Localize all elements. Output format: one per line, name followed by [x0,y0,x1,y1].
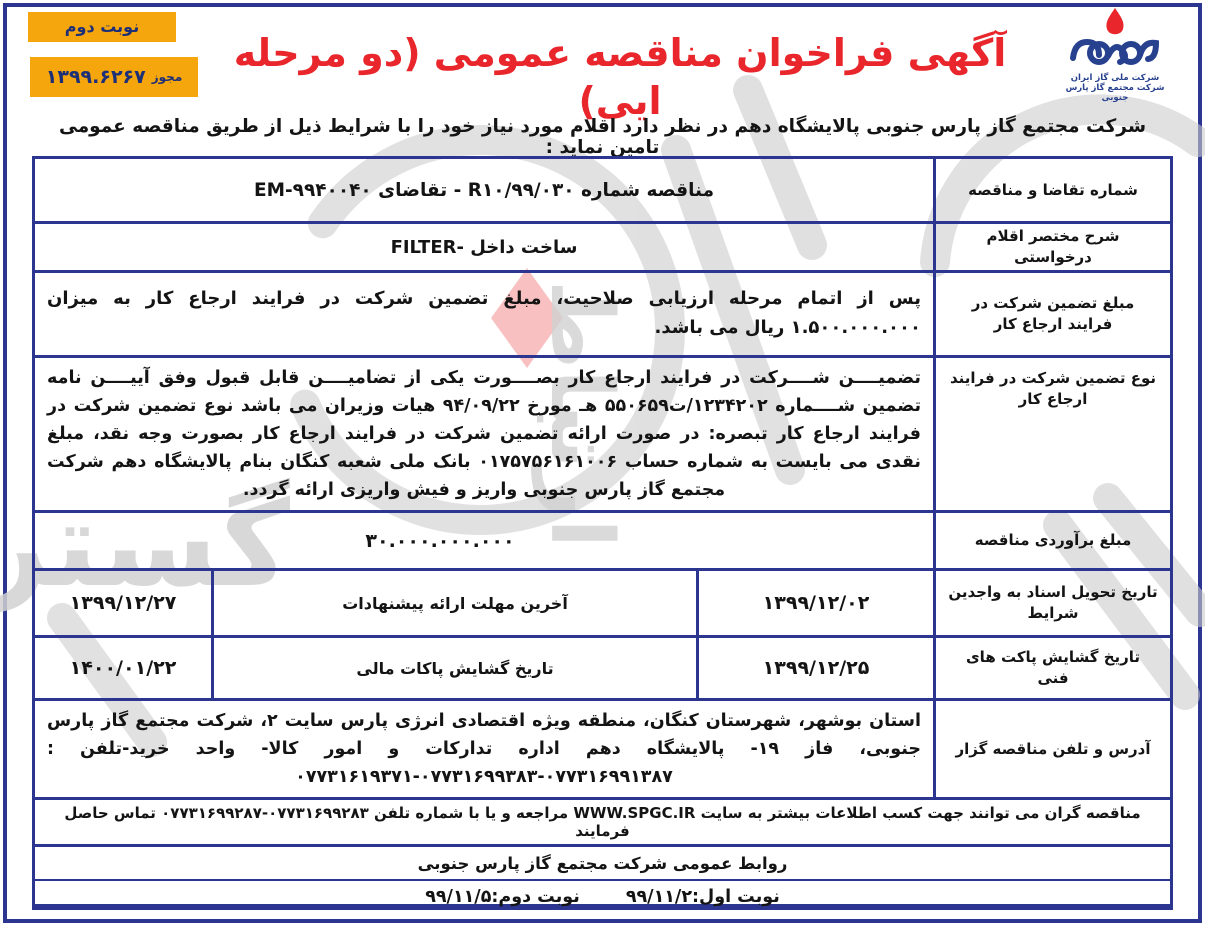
row-label: تاریخ گشایش پاکت های فنی [933,638,1170,698]
table-row-guarantee-type: نوع تضمین شرکت در فرایند ارجاع کار تضمیـ… [35,355,1170,510]
intro-line: شرکت مجتمع گاز پارس جنوبی پالایشگاه دهم … [36,116,1169,158]
table-row-request-number: شماره تقاضا و مناقصه مناقصه شماره R۱۰/۹۹… [35,159,1170,221]
table-row-guarantee-amount: مبلغ تضمین شرکت در فرایند ارجاع کار پس ا… [35,270,1170,355]
row-label: مبلغ برآوردی مناقصه [933,513,1170,568]
row-value: پس از اتمام مرحله ارزیابی صلاحیت، مبلغ ت… [35,273,933,355]
row-label: تاریخ گشایش پاکات مالی [211,638,696,698]
date-value: ۱۴۰۰/۰۱/۲۲ [35,638,211,698]
row-value: استان بوشهر، شهرستان کنگان، منطقه ویژه ا… [35,701,933,797]
row-label: تاریخ تحویل اسناد به واجدین شرایط [933,571,1170,635]
row-label: شرح مختصر اقلام درخواستی [933,224,1170,270]
tender-notice: نوبت دوم مجوز ۱۳۹۹.۶۲۶۷ آگهی فراخوان منا… [0,0,1205,926]
date-value: ۱۳۹۹/۱۲/۰۲ [696,571,933,635]
badge-group: نوبت دوم مجوز ۱۳۹۹.۶۲۶۷ [28,12,198,97]
table-row-items-description: شرح مختصر اقلام درخواستی FILTER- ساخت دا… [35,221,1170,270]
company-logo: شرکت ملی گاز ایران شرکت مجتمع گاز پارس ج… [1051,6,1179,103]
row-label: مبلغ تضمین شرکت در فرایند ارجاع کار [933,273,1170,355]
table-row-address-phone: آدرس و تلفن مناقصه گزار استان بوشهر، شهر… [35,698,1170,797]
date-value: ۱۳۹۹/۱۲/۲۵ [696,638,933,698]
page-title: آگهی فراخوان مناقصه عمومی (دو مرحله ایی) [200,30,1040,125]
row-value: FILTER- ساخت داخل [35,224,933,270]
table-row-document-delivery: تاریخ تحویل اسناد به واجدین شرایط ۱۳۹۹/۱… [35,568,1170,635]
table-row-website-info: مناقصه گران می توانند جهت کسب اطلاعات بی… [35,797,1170,844]
table-row-estimated-amount: مبلغ برآوردی مناقصه ۳۰.۰۰۰.۰۰۰.۰۰۰ [35,510,1170,568]
first-issue-date: نوبت اول:۹۹/۱۱/۲ [626,887,780,907]
row-label: نوع تضمین شرکت در فرایند ارجاع کار [933,358,1170,510]
logo-caption: شرکت مجتمع گاز پارس جنوبی [1051,83,1179,103]
row-label: آخرین مهلت ارائه پیشنهادات [211,571,696,635]
row-value: مناقصه شماره R۱۰/۹۹/۰۳۰ - تقاضای EM-۹۹۴۰… [35,159,933,221]
row-label: آدرس و تلفن مناقصه گزار [933,701,1170,797]
nigc-logo-icon [1059,6,1171,72]
permit-number: ۱۳۹۹.۶۲۶۷ [46,66,146,88]
row-value: تضمیــــن شــــرکت در فرایند ارجاع کار ب… [35,358,933,510]
permit-badge: مجوز ۱۳۹۹.۶۲۶۷ [30,57,198,97]
website-info-line: مناقصه گران می توانند جهت کسب اطلاعات بی… [35,800,1170,844]
row-label: شماره تقاضا و مناقصه [933,159,1170,221]
table-row-publication-dates: نوبت اول:۹۹/۱۱/۲ نوبت دوم:۹۹/۱۱/۵ [35,879,1170,913]
second-issue-date: نوبت دوم:۹۹/۱۱/۵ [425,887,580,907]
permit-label: مجوز [152,70,183,84]
logo-caption: شرکت ملی گاز ایران [1051,73,1179,83]
round-badge: نوبت دوم [28,12,176,42]
public-relations-line: روابط عمومی شرکت مجتمع گاز پارس جنوبی [35,847,1170,879]
date-value: ۱۳۹۹/۱۲/۲۷ [35,571,211,635]
tender-table: شماره تقاضا و مناقصه مناقصه شماره R۱۰/۹۹… [32,156,1173,910]
table-row-envelope-opening: تاریخ گشایش پاکت های فنی ۱۳۹۹/۱۲/۲۵ تاری… [35,635,1170,698]
row-value: ۳۰.۰۰۰.۰۰۰.۰۰۰ [35,513,933,568]
table-row-public-relations: روابط عمومی شرکت مجتمع گاز پارس جنوبی [35,844,1170,879]
publication-dates: نوبت اول:۹۹/۱۱/۲ نوبت دوم:۹۹/۱۱/۵ [35,881,1170,913]
